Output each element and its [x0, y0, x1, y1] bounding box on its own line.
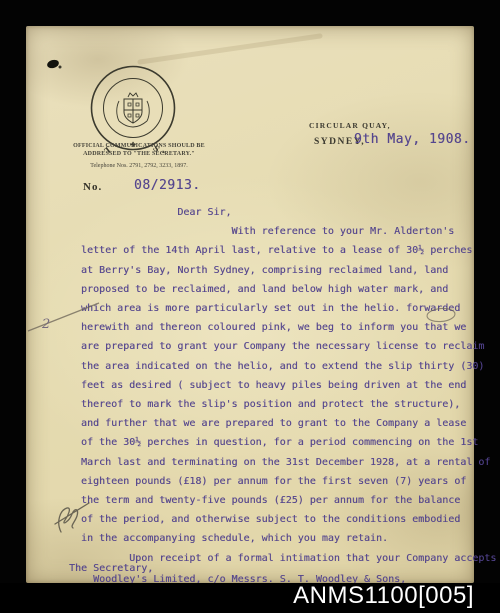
letter-body-line: March last and terminating on the 31st D… [81, 453, 500, 472]
address-line: CIRCULAR QUAY, [309, 121, 391, 130]
scanned-letter: SYDNEY · HARBOUR · TRUST ✚ OFFICIAL COMM… [0, 0, 500, 613]
letter-body-line: are prepared to grant your Company the n… [81, 337, 500, 356]
number-label: No. [83, 181, 102, 193]
letter-body-line: at Berry's Bay, North Sydney, comprising… [81, 261, 500, 280]
reference-number: 08/2913. [134, 178, 201, 193]
letter-body-line: herewith and thereon coloured pink, we b… [81, 318, 500, 337]
notice-line-2: ADDRESSED TO "THE SECRETARY." [66, 150, 212, 158]
archive-reference-label: ANMS1100[005] [293, 582, 474, 610]
letter-body-line: feet as desired ( subject to heavy piles… [81, 376, 500, 395]
letter-body-line: thereof to mark the slip's position and … [81, 395, 500, 414]
letter-body-line: With reference to your Mr. Alderton's [81, 222, 500, 241]
letter-body-line: Dear Sir, [81, 203, 500, 222]
letter-body-line: the term and twenty-five pounds (£25) pe… [81, 491, 500, 510]
letter-body-line: in the accompanying schedule, which you … [81, 529, 500, 548]
letter-body-line: proposed to be reclaimed, and land below… [81, 280, 500, 299]
letter-body-line: of the 30½ perches in question, for a pe… [81, 433, 500, 452]
seal-coat-of-arms-icon [117, 93, 150, 127]
letter-body-line: and further that we are prepared to gran… [81, 414, 500, 433]
letter-body: Dear Sir, With reference to your Mr. Ald… [81, 203, 500, 568]
telephone-numbers: Telephone Nos. 2791, 2792, 3233, 1897. [66, 163, 212, 169]
letter-date: 9th May, 1908. [354, 132, 471, 147]
letter-body-line: letter of the 14th April last, relative … [81, 241, 500, 260]
notice-line-1: OFFICIAL COMMUNICATIONS SHOULD BE [66, 142, 212, 150]
official-communications-notice: OFFICIAL COMMUNICATIONS SHOULD BE ADDRES… [66, 142, 212, 158]
scan-label-bar: ANMS1100[005] [0, 583, 500, 613]
letter-body-line: of the period, and otherwise subject to … [81, 510, 500, 529]
letter-body-line: the area indicated on the helio, and to … [81, 357, 500, 376]
letter-body-line: which area is more particularly set out … [81, 299, 500, 318]
letter-body-line: eighteen pounds (£18) per annum for the … [81, 472, 500, 491]
letter-paper: SYDNEY · HARBOUR · TRUST ✚ OFFICIAL COMM… [26, 26, 474, 583]
harbour-trust-seal-icon: SYDNEY · HARBOUR · TRUST ✚ [88, 63, 178, 153]
